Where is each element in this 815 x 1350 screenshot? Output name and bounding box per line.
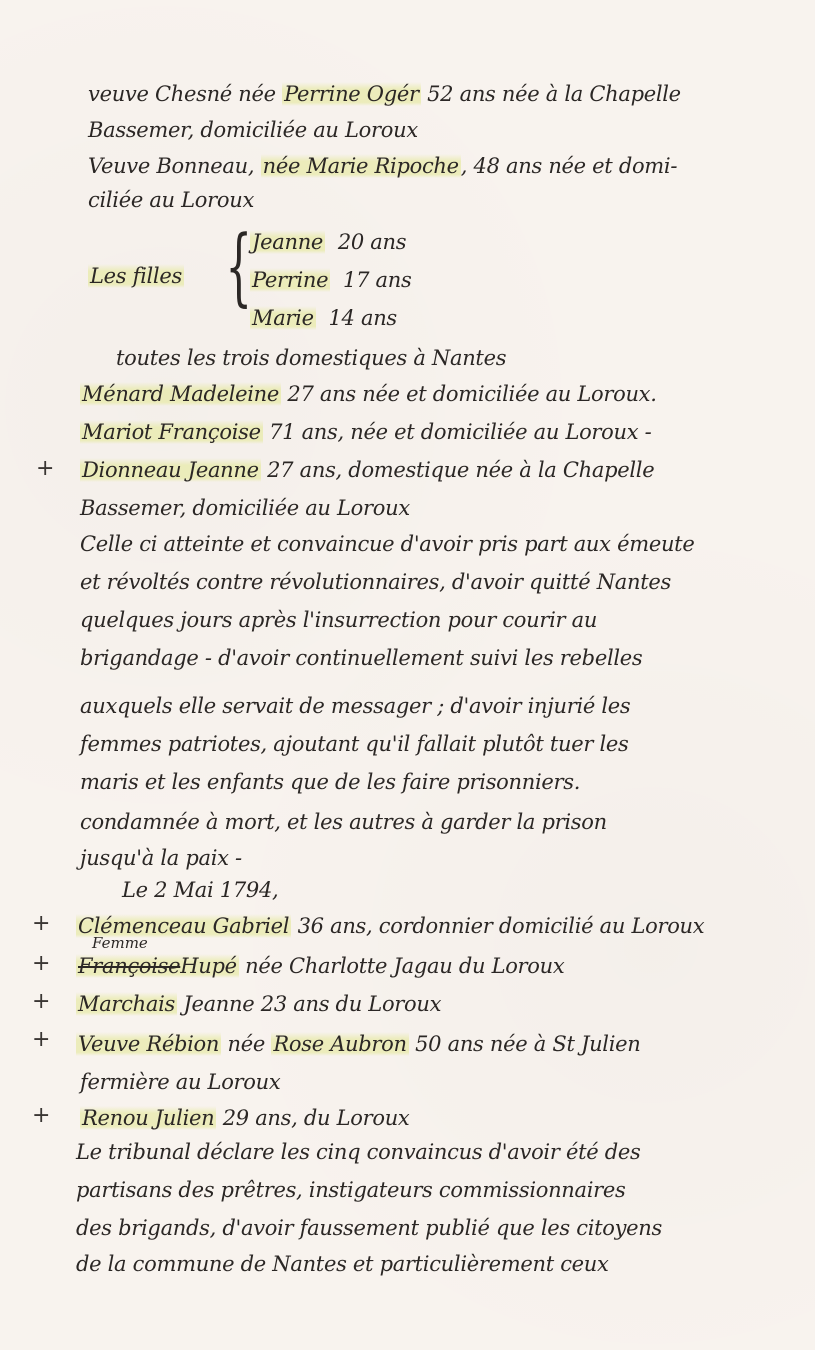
text: Jeanne 23 ans du Loroux	[177, 992, 441, 1016]
highlighted-name: Renou Julien	[80, 1106, 216, 1130]
daughter-row: Perrine 17 ans	[250, 266, 411, 294]
daughter-age: 14 ans	[328, 306, 396, 330]
daughter-name: Perrine	[250, 268, 330, 292]
cross-mark-icon: +	[36, 455, 54, 483]
text-line: Mariot Françoise 71 ans, née et domicili…	[80, 418, 651, 446]
text: Bassemer, domiciliée au Loroux	[80, 496, 410, 520]
daughters-note: toutes les trois domestiques à Nantes	[116, 344, 506, 372]
paragraph-line: jusqu'à la paix -	[80, 844, 242, 872]
paragraph-line: auxquels elle servait de messager ; d'av…	[80, 692, 630, 720]
paragraph-line: quelques jours après l'insurrection pour…	[80, 606, 597, 634]
text-line: Bassemer, domiciliée au Loroux	[80, 494, 410, 522]
text-line: Ménard Madeleine 27 ans née et domicilié…	[80, 380, 657, 408]
daughters-label: Les filles	[88, 262, 184, 290]
correction-note: Femme	[92, 934, 148, 952]
text-line: Bassemer, domiciliée au Loroux	[88, 116, 418, 144]
highlighted-name: Dionneau Jeanne	[80, 458, 261, 482]
highlighted-name: Rose Aubron	[271, 1032, 408, 1056]
text: 27 ans, domestique née à la Chapelle	[261, 458, 655, 482]
cross-mark-icon: +	[32, 988, 50, 1016]
cross-mark-icon: +	[32, 950, 50, 978]
highlighted-name: Hupé	[180, 954, 237, 978]
text: ciliée au Loroux	[88, 188, 254, 212]
entry-line: Clémenceau Gabriel 36 ans, cordonnier do…	[76, 912, 704, 940]
entry-line: Renou Julien 29 ans, du Loroux	[80, 1104, 409, 1132]
cross-mark-icon: +	[32, 1102, 50, 1130]
daughter-row: Jeanne 20 ans	[250, 228, 406, 256]
text: veuve Chesné née	[88, 82, 282, 106]
paragraph-line: brigandage - d'avoir continuellement sui…	[80, 644, 642, 672]
text: 36 ans, cordonnier domicilié au Loroux	[291, 914, 704, 938]
entry-line: Veuve Rébion née Rose Aubron 50 ans née …	[76, 1030, 640, 1058]
entry-line: FrançoiseHupé née Charlotte Jagau du Lor…	[76, 952, 564, 980]
text: 52 ans née à la Chapelle	[421, 82, 681, 106]
highlighted-name: Veuve Rébion	[76, 1032, 221, 1056]
paragraph-line: et révoltés contre révolutionnaires, d'a…	[80, 568, 671, 596]
daughter-name: Jeanne	[250, 230, 325, 254]
daughter-row: Marie 14 ans	[250, 304, 397, 332]
highlighted-name: Perrine Ogér	[282, 82, 421, 106]
text-line: ciliée au Loroux	[88, 186, 254, 214]
paragraph-line: femmes patriotes, ajoutant qu'il fallait…	[80, 730, 629, 758]
struck-text: Françoise	[78, 954, 180, 978]
daughter-age: 17 ans	[343, 268, 411, 292]
text: 29 ans, du Loroux	[216, 1106, 409, 1130]
entry-line: Marchais Jeanne 23 ans du Loroux	[76, 990, 441, 1018]
text: Veuve Bonneau,	[88, 154, 261, 178]
highlighted-name: Ménard Madeleine	[80, 382, 281, 406]
text: 27 ans née et domiciliée au Loroux.	[281, 382, 657, 406]
document-page: veuve Chesné née Perrine Ogér 52 ans née…	[0, 0, 815, 1350]
date-heading: Le 2 Mai 1794,	[122, 876, 278, 904]
text: toutes les trois domestiques à Nantes	[116, 346, 506, 370]
text-line: Dionneau Jeanne 27 ans, domestique née à…	[80, 456, 654, 484]
cross-mark-icon: +	[32, 910, 50, 938]
paragraph-line: maris et les enfants que de les faire pr…	[80, 768, 580, 796]
highlighted-name: Mariot Françoise	[80, 420, 263, 444]
text: , 48 ans née et domi-	[461, 154, 677, 178]
cross-mark-icon: +	[32, 1026, 50, 1054]
paragraph-line: condamnée à mort, et les autres à garder…	[80, 808, 607, 836]
text: Bassemer, domiciliée au Loroux	[88, 118, 418, 142]
daughter-age: 20 ans	[338, 230, 406, 254]
paragraph-line: partisans des prêtres, instigateurs comm…	[76, 1176, 626, 1204]
text: née Charlotte Jagau du Loroux	[239, 954, 565, 978]
paragraph-line: Celle ci atteinte et convaincue d'avoir …	[80, 530, 694, 558]
entry-line: fermière au Loroux	[80, 1068, 280, 1096]
text: Les filles	[88, 264, 184, 288]
text: née	[221, 1032, 271, 1056]
paragraph-line: Le tribunal déclare les cinq convaincus …	[76, 1138, 640, 1166]
text-line: veuve Chesné née Perrine Ogér 52 ans née…	[88, 80, 681, 108]
highlighted-name: née Marie Ripoche	[261, 154, 461, 178]
paragraph-line: des brigands, d'avoir faussement publié …	[76, 1214, 662, 1242]
paragraph-line: de la commune de Nantes et particulièrem…	[76, 1250, 609, 1278]
highlighted-name: Marchais	[76, 992, 177, 1016]
brace-symbol: {	[225, 224, 252, 308]
text-line: Veuve Bonneau, née Marie Ripoche, 48 ans…	[88, 152, 677, 180]
text: 50 ans née à St Julien	[409, 1032, 641, 1056]
daughter-name: Marie	[250, 306, 316, 330]
text: 71 ans, née et domiciliée au Loroux -	[263, 420, 652, 444]
text: fermière au Loroux	[80, 1070, 280, 1094]
